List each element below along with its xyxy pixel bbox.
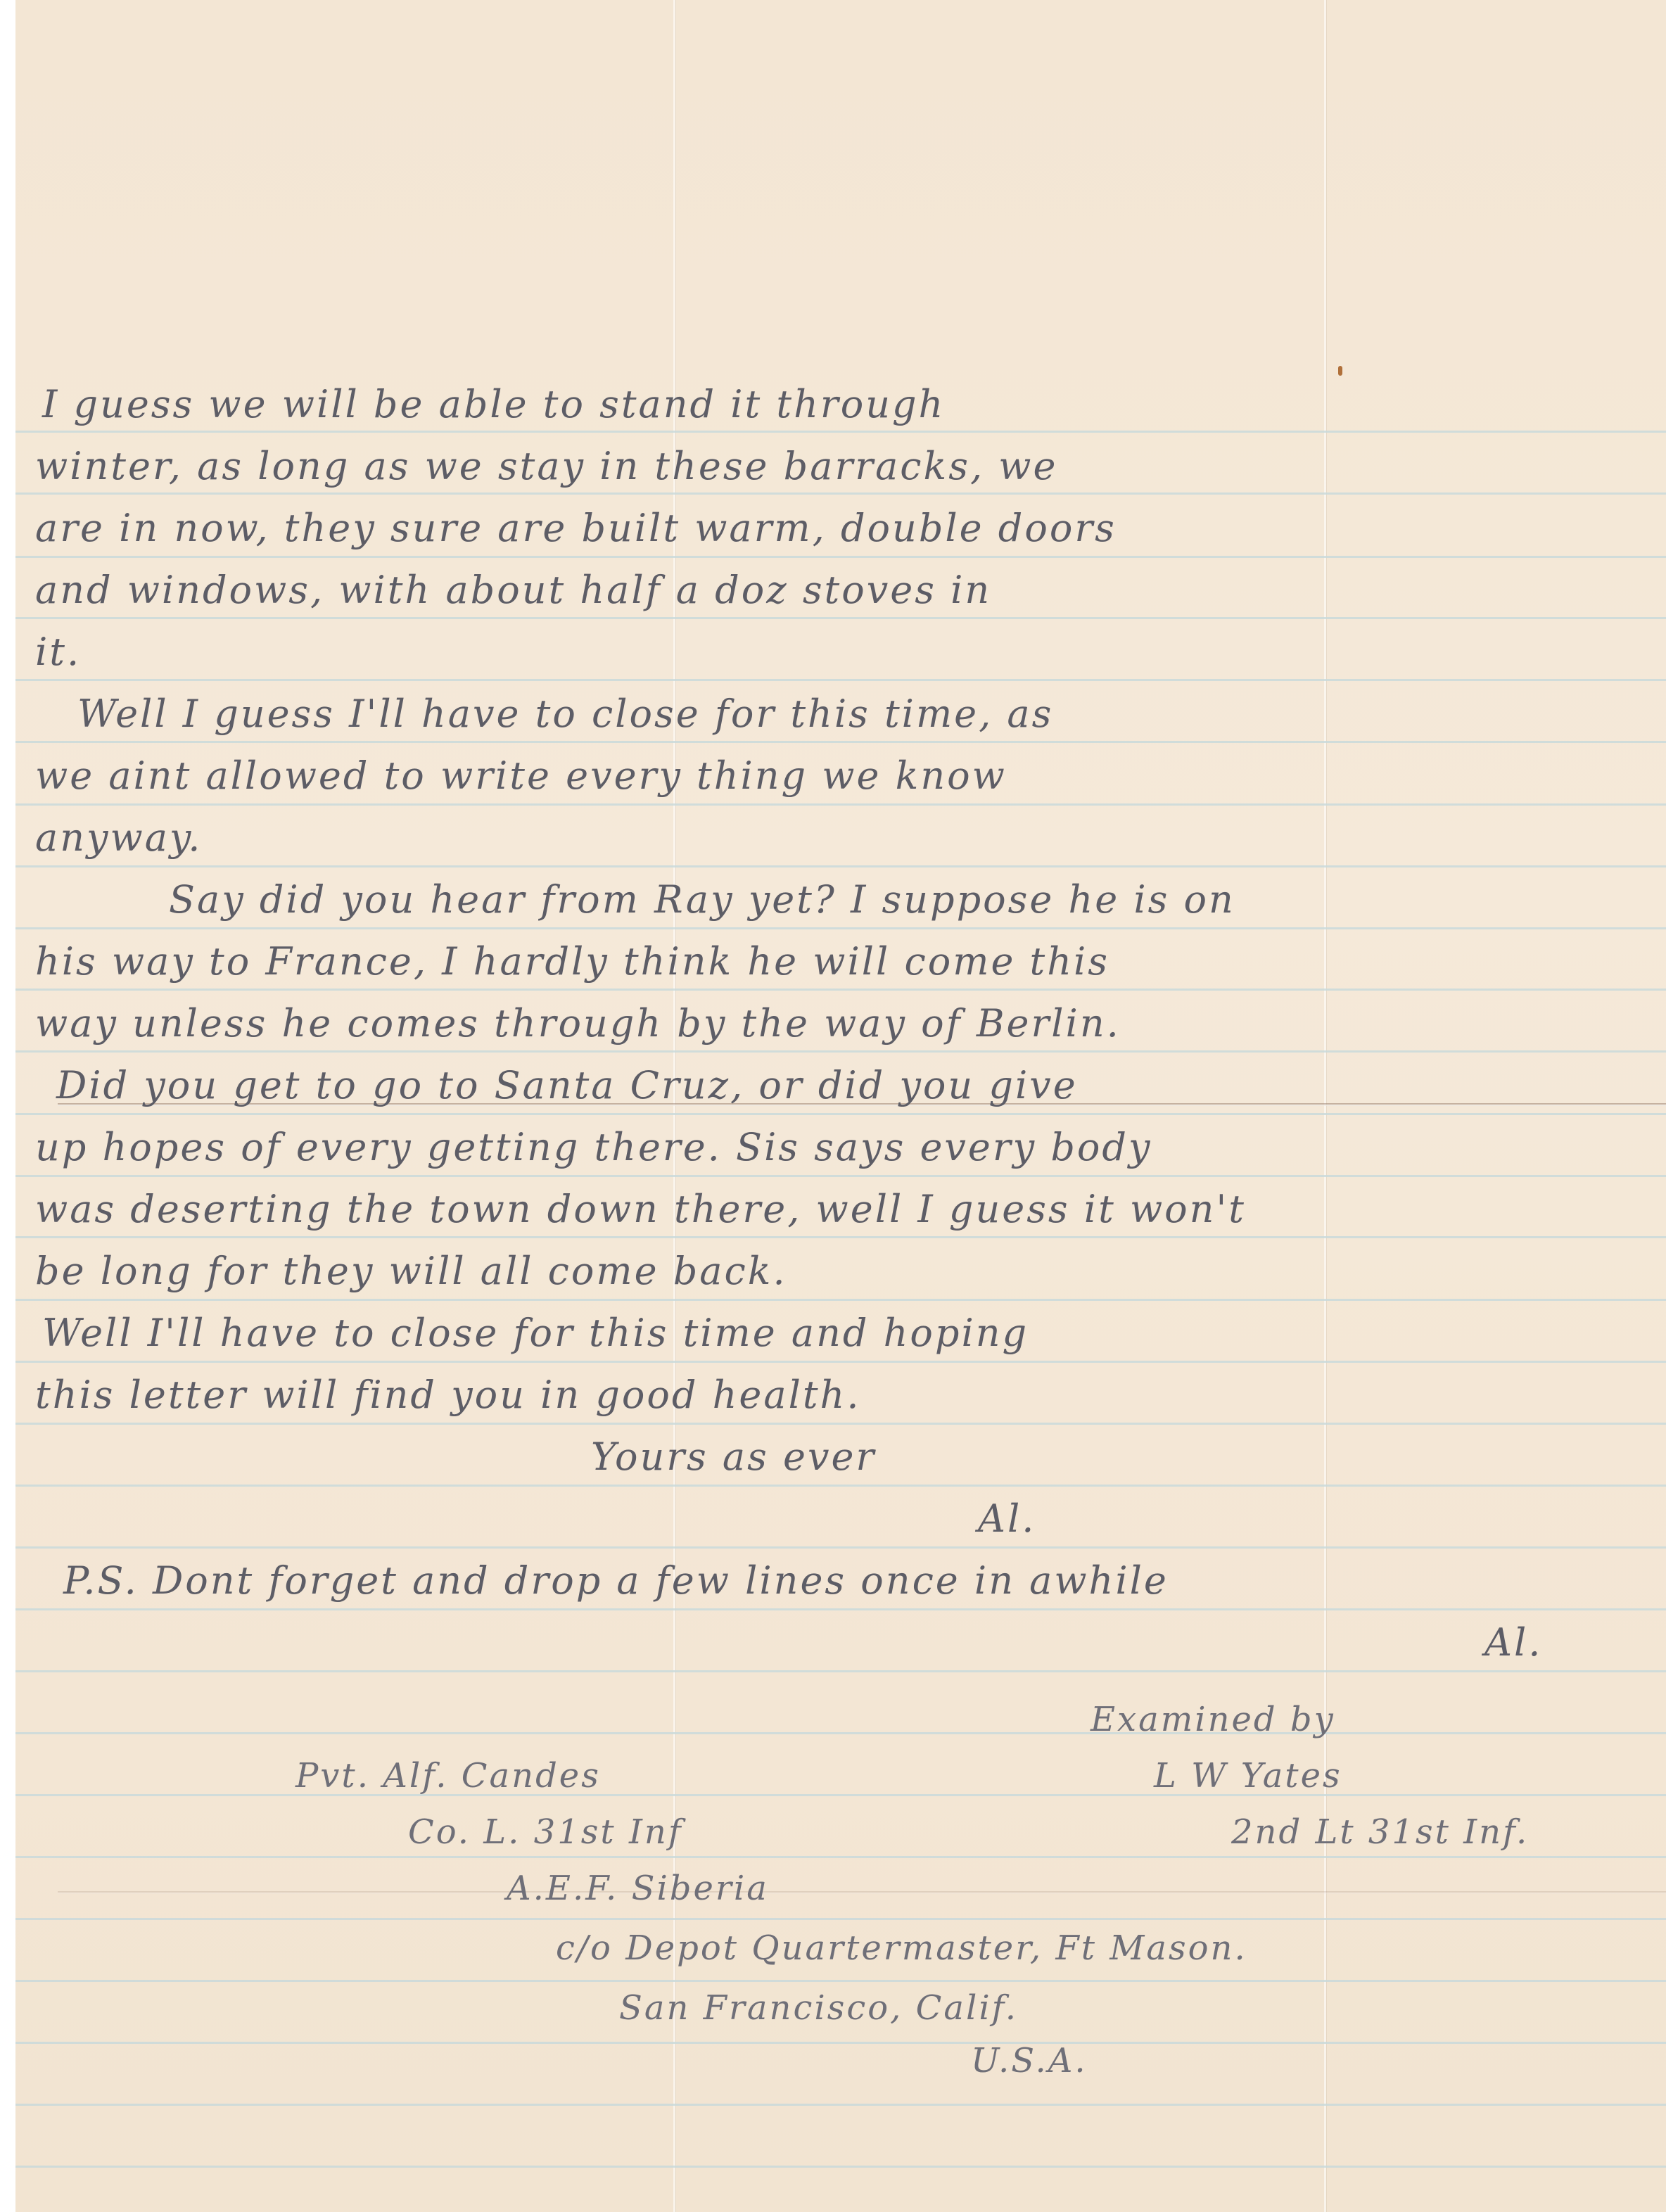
body-line: it.: [35, 633, 81, 671]
address-line: Pvt. Alf. Candes: [295, 1759, 601, 1793]
body-line: up hopes of every getting there. Sis say…: [35, 1129, 1152, 1167]
body-line: Well I guess I'll have to close for this…: [77, 695, 1053, 733]
body-line: Say did you hear from Ray yet? I suppose…: [169, 881, 1235, 919]
body-line: are in now, they sure are built warm, do…: [35, 509, 1117, 547]
body-line: way unless he comes through by the way o…: [35, 1005, 1121, 1043]
postscript: P.S. Dont forget and drop a few lines on…: [63, 1562, 1169, 1600]
censor-rank: 2nd Lt 31st Inf.: [1231, 1815, 1529, 1849]
body-line: was deserting the town down there, well …: [35, 1190, 1246, 1228]
closing: Yours as ever: [591, 1438, 876, 1476]
address-line: U.S.A.: [971, 2044, 1088, 2078]
body-line: Did you get to go to Santa Cruz, or did …: [56, 1067, 1078, 1105]
body-line: this letter will find you in good health…: [35, 1376, 861, 1414]
body-line: Well I'll have to close for this time an…: [42, 1314, 1029, 1352]
body-line: be long for they will all come back.: [35, 1252, 787, 1290]
address-line: A.E.F. Siberia: [507, 1871, 769, 1905]
horizontal-fold: [58, 1891, 1666, 1894]
body-line: and windows, with about half a doz stove…: [35, 571, 991, 609]
body-line: we aint allowed to write every thing we …: [35, 757, 1007, 795]
censor-name: L W Yates: [1154, 1759, 1342, 1793]
censor-label: Examined by: [1090, 1703, 1335, 1736]
signature: Al.: [978, 1500, 1036, 1538]
body-line: winter, as long as we stay in these barr…: [35, 447, 1057, 485]
address-line: c/o Depot Quartermaster, Ft Mason.: [556, 1931, 1247, 1965]
address-line: San Francisco, Calif.: [619, 1991, 1018, 2025]
vertical-fold: [1324, 0, 1326, 2212]
stain-spot: [1338, 366, 1342, 376]
body-line: anyway.: [35, 819, 202, 857]
address-line: Co. L. 31st Inf: [408, 1815, 683, 1849]
postscript-signature: Al.: [1484, 1624, 1542, 1662]
body-line: I guess we will be able to stand it thro…: [42, 386, 945, 424]
body-line: his way to France, I hardly think he wil…: [35, 943, 1109, 981]
